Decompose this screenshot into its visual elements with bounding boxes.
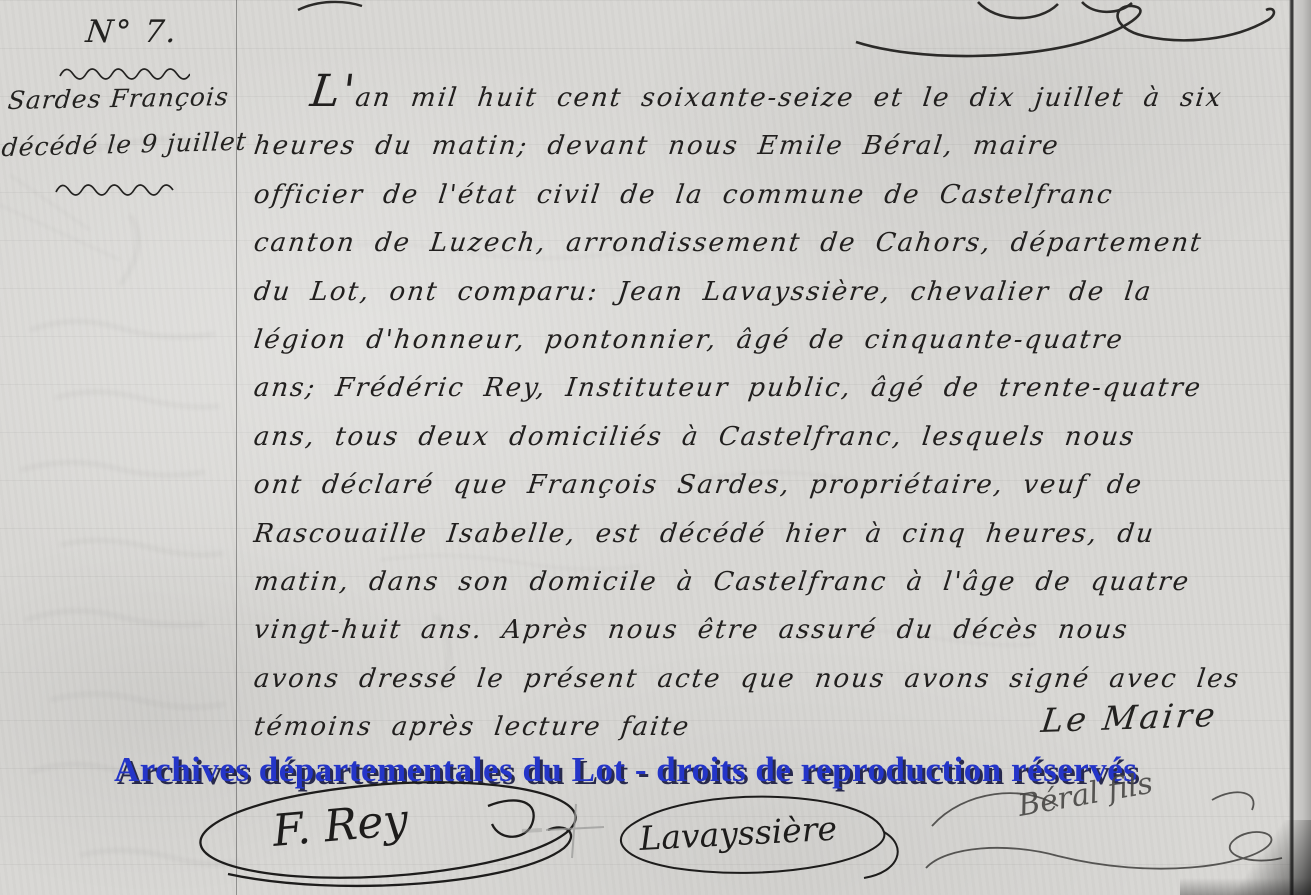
page-edge — [1289, 0, 1311, 895]
act-line: ont déclaré que François Sardes, proprié… — [251, 461, 1303, 509]
act-line: avons dressé le présent acte que nous av… — [251, 655, 1303, 703]
act-line: vingt-huit ans. Après nous être assuré d… — [251, 606, 1303, 654]
act-line: heures du matin; devant nous Emile Béral… — [251, 122, 1303, 170]
act-line: matin, dans son domicile à Castelfranc à… — [251, 558, 1303, 606]
edge-stroke-mark — [296, 0, 366, 14]
act-line: canton de Luzech, arrondissement de Caho… — [251, 219, 1303, 267]
act-line: officier de l'état civil de la commune d… — [251, 171, 1303, 219]
corner-shadow — [1230, 820, 1311, 895]
signature-lavayssiere-name: Lavayssière — [637, 809, 838, 858]
act-body-text: L'an mil huit cent soixante-seize et le … — [254, 74, 1300, 752]
scanned-register-page: N° 7. Sardes François décédé le 9 juille… — [0, 0, 1311, 895]
wavy-underline-bottom — [54, 182, 174, 198]
margin-deceased-name: Sardes François — [7, 82, 235, 115]
act-line: légion d'honneur, pontonnier, âgé de cin… — [251, 316, 1303, 364]
act-line: L'an mil huit cent soixante-seize et le … — [251, 74, 1303, 122]
act-line: du Lot, ont comparu: Jean Lavayssière, c… — [251, 268, 1303, 316]
signature-rey-name: F. Rey — [270, 794, 412, 857]
act-number: N° 7. — [60, 14, 204, 50]
act-line: ans; Frédéric Rey, Instituteur public, â… — [251, 364, 1303, 412]
signature-beral-name: Béral fils — [1014, 772, 1155, 824]
previous-act-signature-flourish — [838, 0, 1300, 70]
wavy-underline-top — [58, 66, 190, 82]
signature-lavayssiere: Lavayssière — [578, 788, 928, 892]
margin-deceased-date: décédé le 9 juillet — [1, 127, 239, 162]
closing-title-le-maire: Le Maire — [1039, 695, 1220, 740]
act-line: Rascouaille Isabelle, est décédé hier à … — [251, 510, 1303, 558]
act-line: ans, tous deux domiciliés à Castelfranc,… — [251, 413, 1303, 461]
